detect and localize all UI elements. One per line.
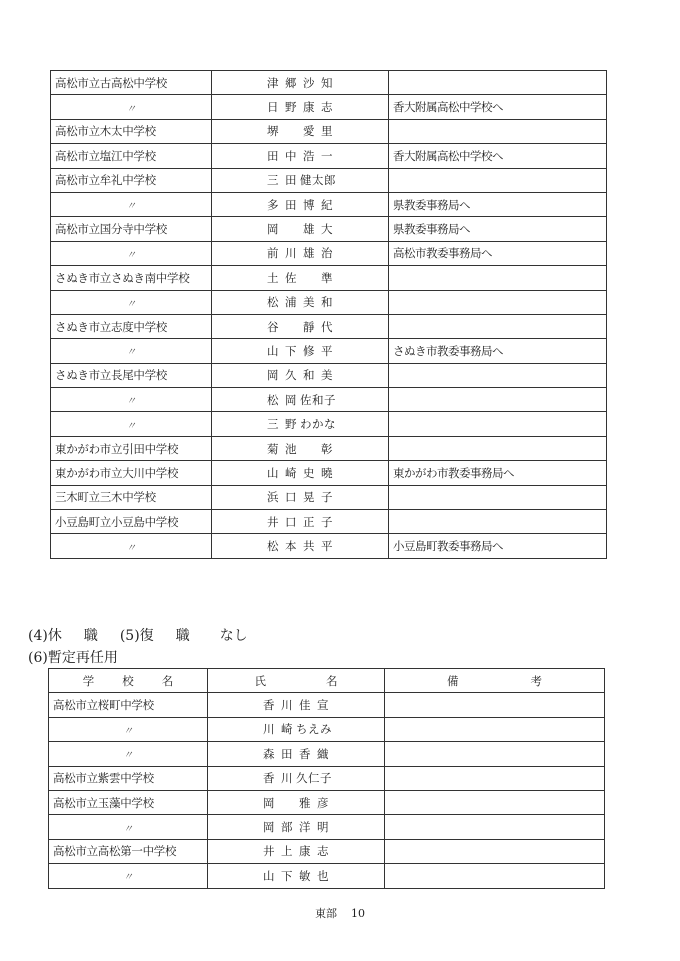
table-row: 〃山下修平さぬき市教委事務局へ	[51, 339, 607, 363]
name-part: 一	[318, 148, 336, 164]
name-part: 明	[314, 819, 332, 835]
name-part: 松	[264, 392, 282, 408]
person-name-cell: 松本共平	[212, 534, 389, 558]
name-part: 準	[318, 270, 336, 286]
name-part: 口	[282, 489, 300, 505]
table-row: 〃川崎ちえみ	[49, 717, 605, 741]
name-part: 香	[260, 770, 278, 786]
name-part: 也	[314, 868, 332, 884]
name-part: 浦	[282, 294, 300, 310]
person-name-cell: 森田香織	[208, 742, 385, 766]
table-row: 高松市立高松第一中学校井上康志	[49, 839, 605, 863]
person-name-cell: 山下修平	[212, 339, 389, 363]
name-part: 曉	[318, 465, 336, 481]
person-name-cell: 多田博紀	[212, 192, 389, 216]
table-row: 高松市立桜町中学校香川佳宣	[49, 693, 605, 717]
remark-cell	[389, 71, 607, 95]
remark-cell	[389, 510, 607, 534]
remark-cell: さぬき市教委事務局へ	[389, 339, 607, 363]
name-part: 岡	[282, 392, 300, 408]
name-part: 野	[282, 416, 300, 432]
name-part: 平	[318, 538, 336, 554]
table-row: 東かがわ市立引田中学校菊池 彰	[51, 436, 607, 460]
name-part: 久	[282, 367, 300, 383]
name-part: 三	[264, 416, 282, 432]
school-name-cell: 〃	[49, 717, 208, 741]
section4-label-2: 職	[84, 628, 98, 644]
table-row: さぬき市立長尾中学校岡久和美	[51, 363, 607, 387]
name-part: 康	[300, 99, 318, 115]
name-part: 彰	[318, 441, 336, 457]
name-part: 山	[260, 868, 278, 884]
name-part: 洋	[296, 819, 314, 835]
remark-cell: 小豆島町教委事務局へ	[389, 534, 607, 558]
name-part: 多	[264, 197, 282, 213]
page-number: 10	[351, 907, 365, 920]
table-row: 高松市立塩江中学校田中浩一香大附属高松中学校へ	[51, 144, 607, 168]
remark-cell: 県教委事務局へ	[389, 217, 607, 241]
name-part: 雄	[300, 245, 318, 261]
table-row: 高松市立玉藻中学校岡 雅彦	[49, 790, 605, 814]
remark-cell	[389, 290, 607, 314]
name-part: 香	[296, 746, 314, 762]
section6-title: (6)暫定再任用	[28, 647, 118, 667]
table-row: 〃山下敏也	[49, 864, 605, 888]
school-name-cell: 小豆島町立小豆島中学校	[51, 510, 212, 534]
section-leave-and-return: (4)休職(5)復職なし	[28, 625, 248, 645]
person-name-cell: 前川雄治	[212, 241, 389, 265]
name-part: 崎	[282, 465, 300, 481]
school-name-cell: 高松市立高松第一中学校	[49, 839, 208, 863]
remark-cell	[389, 485, 607, 509]
header-school-name: 学校名	[49, 669, 208, 693]
remark-cell	[389, 363, 607, 387]
name-part: 山	[264, 343, 282, 359]
name-part: 浩	[300, 148, 318, 164]
person-name-cell: 津郷沙知	[212, 71, 389, 95]
personnel-table-reemployment: 学校名 氏名 備考 高松市立桜町中学校香川佳宣〃川崎ちえみ〃森田香織高松市立紫雲…	[48, 668, 605, 889]
name-part: 山	[264, 465, 282, 481]
remark-cell	[385, 766, 605, 790]
name-part: 香	[260, 697, 278, 713]
table-row: 小豆島町立小豆島中学校井口正子	[51, 510, 607, 534]
page-footer: 東部10	[0, 905, 680, 921]
table1-body: 高松市立古高松中学校津郷沙知〃日野康志香大附属高松中学校へ高松市立木太中学校堺 …	[51, 71, 607, 559]
name-part: 川	[260, 721, 278, 737]
name-part: 野	[282, 99, 300, 115]
remark-cell	[385, 693, 605, 717]
name-part: 康	[296, 843, 314, 859]
school-name-cell: 〃	[51, 95, 212, 119]
person-name-cell: 香川久仁子	[208, 766, 385, 790]
name-part: わかな	[300, 416, 336, 432]
person-name-cell: 香川佳宣	[208, 693, 385, 717]
name-part: 田	[282, 197, 300, 213]
school-name-cell: 高松市立玉藻中学校	[49, 790, 208, 814]
person-name-cell: 日野康志	[212, 95, 389, 119]
table-row: 〃松本共平小豆島町教委事務局へ	[51, 534, 607, 558]
section45-value: なし	[220, 628, 248, 644]
name-part: 上	[278, 843, 296, 859]
name-part: 佐和子	[300, 392, 336, 408]
person-name-cell: 菊池 彰	[212, 436, 389, 460]
name-part: 津	[264, 75, 282, 91]
table-row: 〃三野わかな	[51, 412, 607, 436]
person-name-cell: 岡 雅彦	[208, 790, 385, 814]
table-row: 〃岡部洋明	[49, 815, 605, 839]
name-part: 川	[282, 245, 300, 261]
name-part: 前	[264, 245, 282, 261]
remark-cell	[389, 412, 607, 436]
name-part: 雅	[296, 795, 314, 811]
person-name-cell: 谷 靜代	[212, 314, 389, 338]
name-part: 織	[314, 746, 332, 762]
school-name-cell: 三木町立三木中学校	[51, 485, 212, 509]
table-row: 高松市立古高松中学校津郷沙知	[51, 71, 607, 95]
table-row: 高松市立牟礼中学校三田健太郎	[51, 168, 607, 192]
name-part: 美	[300, 294, 318, 310]
remark-cell: 東かがわ市教委事務局へ	[389, 461, 607, 485]
name-part: 正	[300, 514, 318, 530]
school-name-cell: さぬき市立さぬき南中学校	[51, 266, 212, 290]
name-part: 井	[260, 843, 278, 859]
footer-section: 東部	[315, 907, 337, 920]
person-name-cell: 浜口晃子	[212, 485, 389, 509]
name-part	[282, 320, 300, 334]
name-part: 共	[300, 538, 318, 554]
person-name-cell: 三野わかな	[212, 412, 389, 436]
school-name-cell: 〃	[51, 412, 212, 436]
name-part: 敏	[296, 868, 314, 884]
name-part: 子	[318, 489, 336, 505]
name-part: 靜	[300, 319, 318, 335]
school-name-cell: 〃	[51, 339, 212, 363]
school-name-cell: 〃	[49, 864, 208, 888]
name-part: 美	[318, 367, 336, 383]
name-part: 佐	[282, 270, 300, 286]
table-row: 〃松岡佐和子	[51, 388, 607, 412]
table-row: 高松市立紫雲中学校香川久仁子	[49, 766, 605, 790]
name-part: 紀	[318, 197, 336, 213]
school-name-cell: 高松市立桜町中学校	[49, 693, 208, 717]
person-name-cell: 松浦美和	[212, 290, 389, 314]
table-row: 〃前川雄治高松市教委事務局へ	[51, 241, 607, 265]
name-part: 岡	[264, 367, 282, 383]
name-part	[282, 222, 300, 236]
school-name-cell: 〃	[51, 388, 212, 412]
header-remarks: 備考	[385, 669, 605, 693]
remark-cell: 高松市教委事務局へ	[389, 241, 607, 265]
name-part: 本	[282, 538, 300, 554]
name-part: 和	[300, 367, 318, 383]
name-part: 志	[318, 99, 336, 115]
name-part: 史	[300, 465, 318, 481]
name-part: 佳	[296, 697, 314, 713]
remark-cell	[385, 815, 605, 839]
table-row: 〃多田博紀県教委事務局へ	[51, 192, 607, 216]
table-row: 東かがわ市立大川中学校山崎史曉東かがわ市教委事務局へ	[51, 461, 607, 485]
name-part: 谷	[264, 319, 282, 335]
table-row: さぬき市立さぬき南中学校土佐 準	[51, 266, 607, 290]
remark-cell: 香大附属高松中学校へ	[389, 95, 607, 119]
name-part: 菊	[264, 441, 282, 457]
name-part	[282, 124, 300, 138]
table-row: 〃森田香織	[49, 742, 605, 766]
remark-cell	[389, 168, 607, 192]
name-part: 森	[260, 746, 278, 762]
name-part: 大	[318, 221, 336, 237]
name-part: 田	[264, 148, 282, 164]
name-part: 雄	[300, 221, 318, 237]
personnel-table-transfers: 高松市立古高松中学校津郷沙知〃日野康志香大附属高松中学校へ高松市立木太中学校堺 …	[50, 70, 607, 559]
table2-body: 高松市立桜町中学校香川佳宣〃川崎ちえみ〃森田香織高松市立紫雲中学校香川久仁子高松…	[49, 693, 605, 888]
section5-label-2: 職	[176, 628, 190, 644]
name-part: 下	[278, 868, 296, 884]
name-part: 子	[318, 514, 336, 530]
person-name-cell: 堺 愛里	[212, 119, 389, 143]
name-part: 川	[278, 770, 296, 786]
table-row: 高松市立国分寺中学校岡 雄大県教委事務局へ	[51, 217, 607, 241]
school-name-cell: さぬき市立志度中学校	[51, 314, 212, 338]
name-part: 岡	[260, 795, 278, 811]
table-row: 高松市立木太中学校堺 愛里	[51, 119, 607, 143]
name-part: 日	[264, 99, 282, 115]
name-part: 彦	[314, 795, 332, 811]
name-part: 松	[264, 538, 282, 554]
name-part: 田	[278, 746, 296, 762]
name-part: 井	[264, 514, 282, 530]
remark-cell	[389, 388, 607, 412]
name-part: 宣	[314, 697, 332, 713]
school-name-cell: 高松市立古高松中学校	[51, 71, 212, 95]
name-part: 晃	[300, 489, 318, 505]
name-part: ちえみ	[296, 721, 332, 737]
table2-header-row: 学校名 氏名 備考	[49, 669, 605, 693]
school-name-cell: 〃	[51, 290, 212, 314]
name-part: 沙	[300, 75, 318, 91]
person-name-cell: 井上康志	[208, 839, 385, 863]
school-name-cell: 〃	[51, 534, 212, 558]
name-part: 郷	[282, 75, 300, 91]
name-part: 博	[300, 197, 318, 213]
person-name-cell: 川崎ちえみ	[208, 717, 385, 741]
person-name-cell: 岡部洋明	[208, 815, 385, 839]
table-row: 〃松浦美和	[51, 290, 607, 314]
name-part	[300, 271, 318, 285]
name-part: 平	[318, 343, 336, 359]
table-row: 〃日野康志香大附属高松中学校へ	[51, 95, 607, 119]
name-part: 修	[300, 343, 318, 359]
remark-cell	[385, 790, 605, 814]
remark-cell	[389, 266, 607, 290]
name-part: 口	[282, 514, 300, 530]
table-row: さぬき市立志度中学校谷 靜代	[51, 314, 607, 338]
school-name-cell: さぬき市立長尾中学校	[51, 363, 212, 387]
person-name-cell: 岡久和美	[212, 363, 389, 387]
school-name-cell: 高松市立木太中学校	[51, 119, 212, 143]
school-name-cell: 高松市立紫雲中学校	[49, 766, 208, 790]
header-person-name: 氏名	[208, 669, 385, 693]
remark-cell	[385, 742, 605, 766]
remark-cell	[385, 864, 605, 888]
name-part: 和	[318, 294, 336, 310]
name-part: 志	[314, 843, 332, 859]
person-name-cell: 山崎史曉	[212, 461, 389, 485]
person-name-cell: 井口正子	[212, 510, 389, 534]
name-part: 健太郎	[300, 172, 336, 188]
person-name-cell: 松岡佐和子	[212, 388, 389, 412]
name-part: 岡	[260, 819, 278, 835]
remark-cell	[385, 717, 605, 741]
name-part: 岡	[264, 221, 282, 237]
remark-cell	[389, 119, 607, 143]
name-part: 知	[318, 75, 336, 91]
person-name-cell: 田中浩一	[212, 144, 389, 168]
name-part: 崎	[278, 721, 296, 737]
table-row: 三木町立三木中学校浜口晃子	[51, 485, 607, 509]
name-part: 三	[264, 172, 282, 188]
name-part: 部	[278, 819, 296, 835]
name-part: 中	[282, 148, 300, 164]
person-name-cell: 土佐 準	[212, 266, 389, 290]
name-part: 下	[282, 343, 300, 359]
name-part: 治	[318, 245, 336, 261]
section5-label: (5)復	[120, 628, 154, 644]
name-part	[300, 442, 318, 456]
school-name-cell: 東かがわ市立引田中学校	[51, 436, 212, 460]
name-part: 愛	[300, 123, 318, 139]
name-part: 久仁子	[296, 770, 332, 786]
name-part: 田	[282, 172, 300, 188]
person-name-cell: 岡 雄大	[212, 217, 389, 241]
section4-label: (4)休	[28, 628, 62, 644]
person-name-cell: 山下敏也	[208, 864, 385, 888]
school-name-cell: 〃	[49, 742, 208, 766]
school-name-cell: 東かがわ市立大川中学校	[51, 461, 212, 485]
school-name-cell: 〃	[49, 815, 208, 839]
school-name-cell: 高松市立塩江中学校	[51, 144, 212, 168]
name-part: 川	[278, 697, 296, 713]
name-part: 池	[282, 441, 300, 457]
school-name-cell: 〃	[51, 241, 212, 265]
remark-cell	[385, 839, 605, 863]
school-name-cell: 〃	[51, 192, 212, 216]
school-name-cell: 高松市立牟礼中学校	[51, 168, 212, 192]
remark-cell	[389, 436, 607, 460]
name-part	[278, 796, 296, 810]
name-part: 土	[264, 270, 282, 286]
name-part: 代	[318, 319, 336, 335]
school-name-cell: 高松市立国分寺中学校	[51, 217, 212, 241]
remark-cell: 香大附属高松中学校へ	[389, 144, 607, 168]
remark-cell: 県教委事務局へ	[389, 192, 607, 216]
person-name-cell: 三田健太郎	[212, 168, 389, 192]
name-part: 里	[318, 123, 336, 139]
remark-cell	[389, 314, 607, 338]
name-part: 松	[264, 294, 282, 310]
name-part: 浜	[264, 489, 282, 505]
name-part: 堺	[264, 123, 282, 139]
